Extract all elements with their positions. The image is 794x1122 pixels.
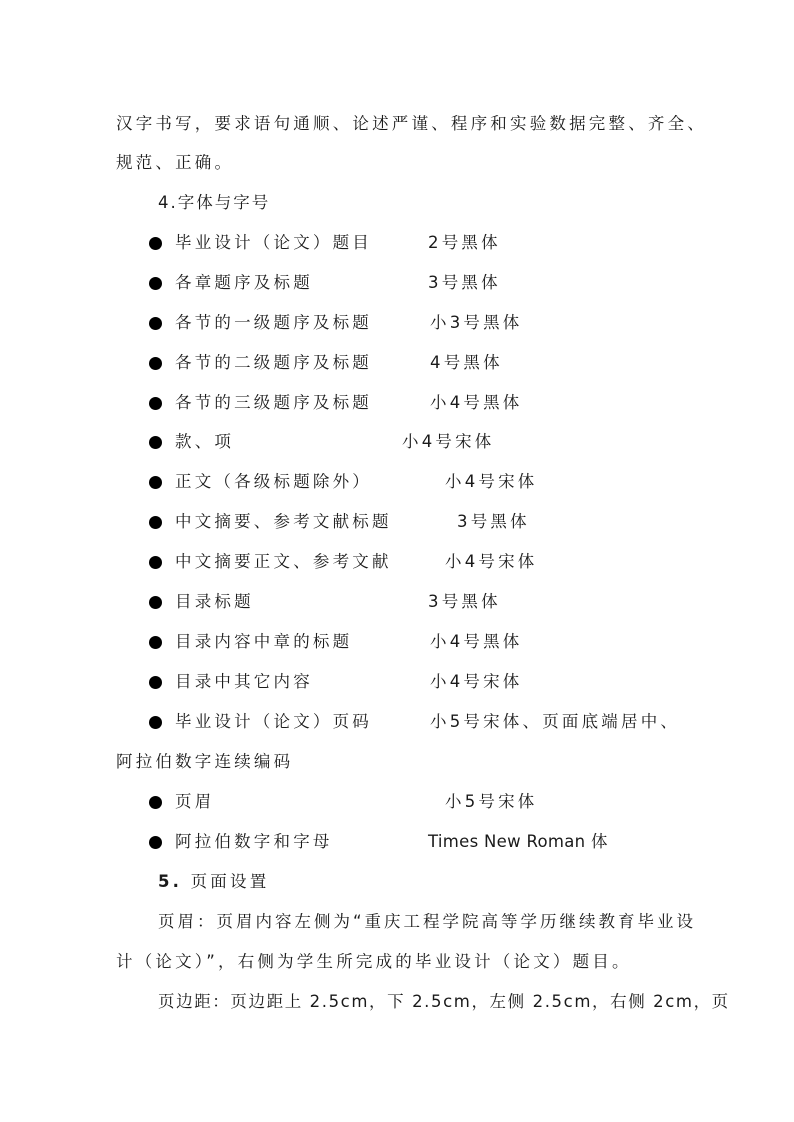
list-item-label: 款、项 xyxy=(175,431,234,453)
list-item-label: 各节的一级题序及标题 xyxy=(175,312,372,334)
list-item-label: 目录标题 xyxy=(175,591,254,613)
section-number: 5. xyxy=(158,872,182,891)
bullet-icon xyxy=(149,836,162,849)
list-item-spec: 小4号宋体 xyxy=(445,471,538,493)
bullet-icon xyxy=(149,397,162,410)
bullet-icon xyxy=(149,556,162,569)
bullet-icon xyxy=(149,596,162,609)
list-item-spec: 小5号宋体、页面底端居中、 xyxy=(430,711,680,733)
list-item-label: 各节的二级题序及标题 xyxy=(175,352,372,374)
bullet-icon xyxy=(149,476,162,489)
list-item-label: 中文摘要正文、参考文献 xyxy=(175,551,392,573)
bullet-icon xyxy=(149,357,162,370)
list-item-spec: 小4号宋体 xyxy=(445,551,538,573)
list-item-label: 目录内容中章的标题 xyxy=(175,631,352,653)
list-item-label: 阿拉伯数字和字母 xyxy=(175,831,333,853)
bullet-icon xyxy=(149,516,162,529)
list-item-label: 各节的三级题序及标题 xyxy=(175,392,372,414)
list-item-spec: 小5号宋体 xyxy=(445,791,538,813)
list-item-spec: 4号黑体 xyxy=(430,352,503,374)
list-item-spec: 小4号宋体 xyxy=(402,431,495,453)
bullet-icon xyxy=(149,237,162,250)
paragraph-line: 计（论文）”，右侧为学生所完成的毕业设计（论文）题目。 xyxy=(116,951,632,973)
list-item-spec: 小4号黑体 xyxy=(430,631,523,653)
paragraph-line: 页边距：页边距上 2.5cm，下 2.5cm，左侧 2.5cm，右侧 2cm，页 xyxy=(158,991,730,1013)
list-item-wrap: 阿拉伯数字连续编码 xyxy=(116,751,293,773)
list-item-label: 各章题序及标题 xyxy=(175,272,313,294)
section-heading: 5. 页面设置 xyxy=(158,871,269,893)
list-item-spec: 3号黑体 xyxy=(457,511,530,533)
list-item-spec: 3号黑体 xyxy=(428,591,501,613)
bullet-icon xyxy=(149,277,162,290)
paragraph-line: 页眉：页眉内容左侧为“重庆工程学院高等学历继续教育毕业设 xyxy=(158,911,696,933)
list-item-spec: 小4号宋体 xyxy=(430,671,523,693)
paragraph-line: 规范、正确。 xyxy=(116,152,234,174)
bullet-icon xyxy=(149,317,162,330)
list-item-spec: Times New Roman 体 xyxy=(428,831,608,853)
list-item-label: 中文摘要、参考文献标题 xyxy=(175,511,392,533)
section-title: 页面设置 xyxy=(191,872,270,891)
list-item-label: 目录中其它内容 xyxy=(175,671,313,693)
section-heading: 4.字体与字号 xyxy=(158,192,270,214)
paragraph-line: 汉字书写，要求语句通顺、论述严谨、程序和实验数据完整、齐全、 xyxy=(116,113,707,135)
bullet-icon xyxy=(149,796,162,809)
list-item-label: 毕业设计（论文）页码 xyxy=(175,711,372,733)
list-item-spec: 2号黑体 xyxy=(428,232,501,254)
list-item-label: 毕业设计（论文）题目 xyxy=(175,232,372,254)
bullet-icon xyxy=(149,436,162,449)
bullet-icon xyxy=(149,716,162,729)
bullet-icon xyxy=(149,676,162,689)
list-item-spec: 小4号黑体 xyxy=(430,392,523,414)
list-item-label: 页眉 xyxy=(175,791,214,813)
bullet-icon xyxy=(149,636,162,649)
list-item-label: 正文（各级标题除外） xyxy=(175,471,372,493)
list-item-spec: 小3号黑体 xyxy=(430,312,523,334)
list-item-spec: 3号黑体 xyxy=(428,272,501,294)
